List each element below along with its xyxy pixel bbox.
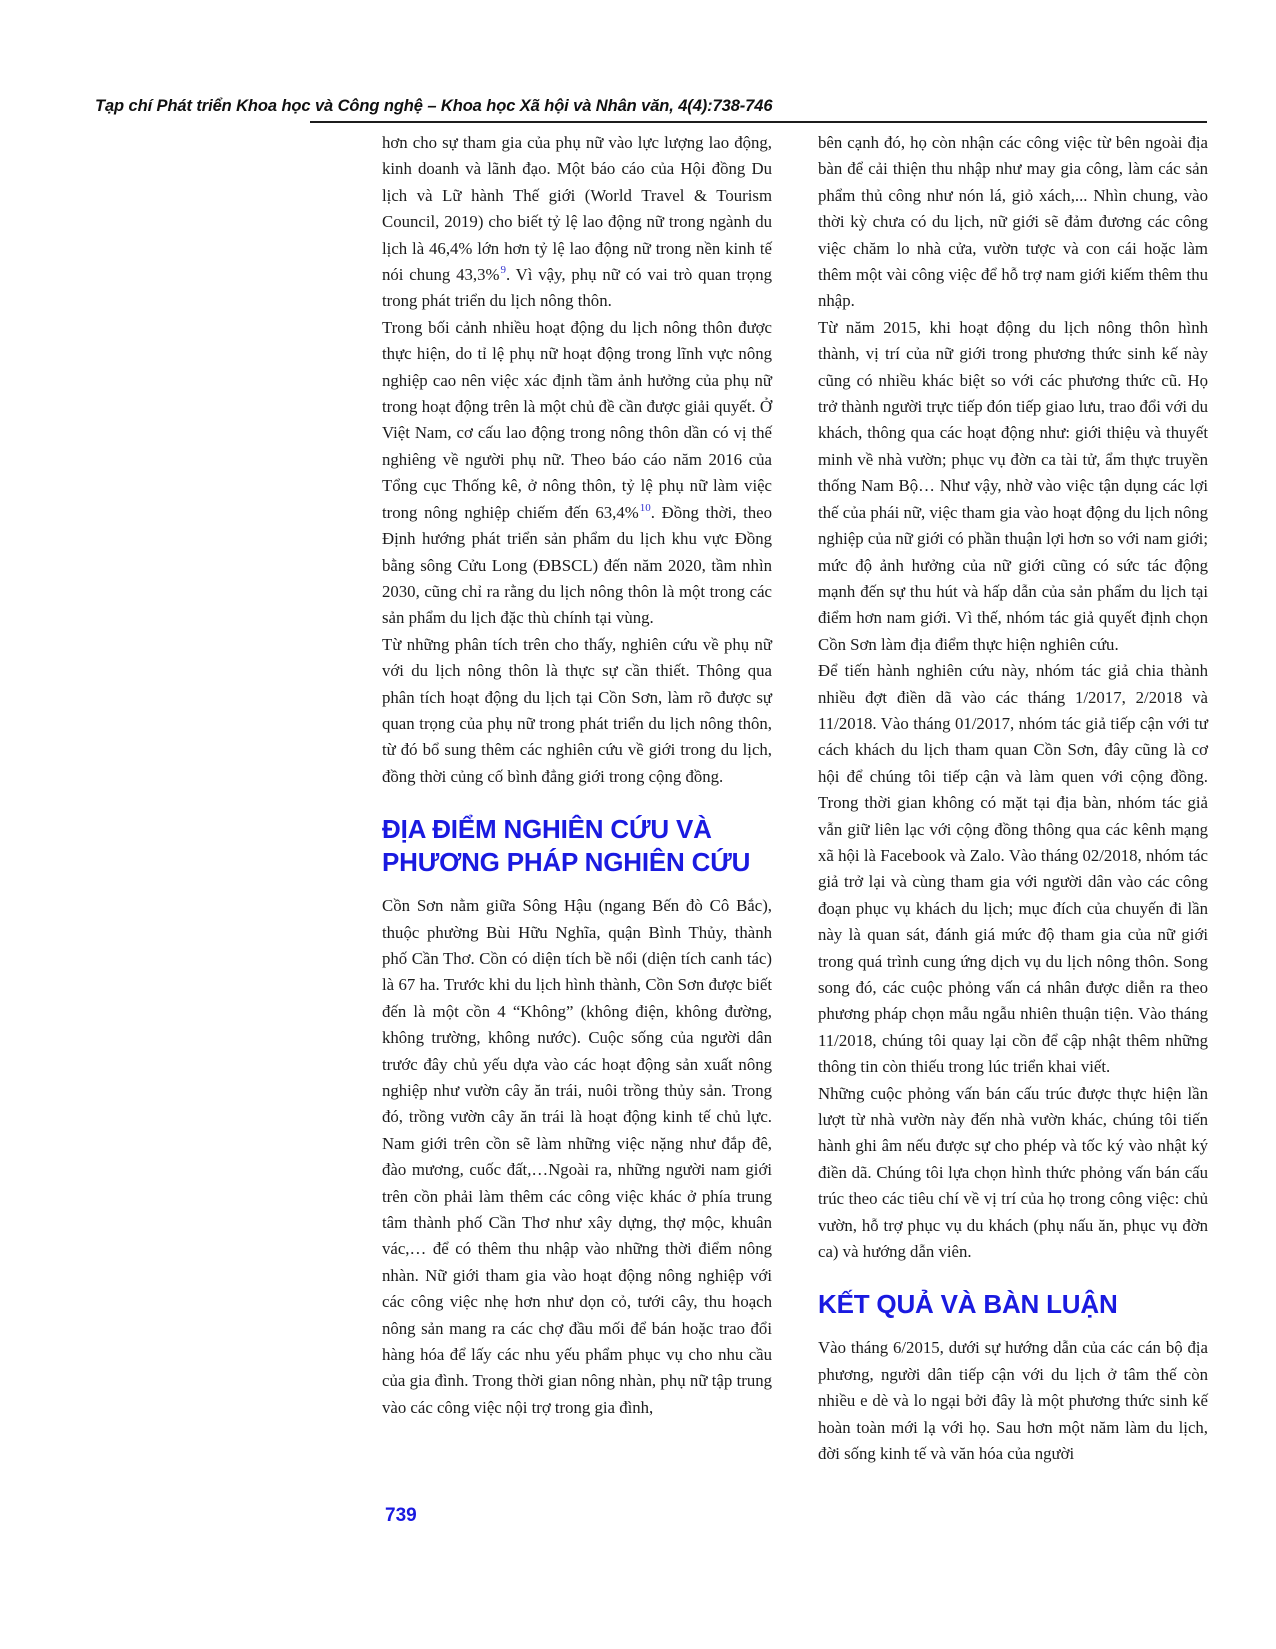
paragraph: Để tiến hành nghiên cứu này, nhóm tác gi…	[818, 658, 1208, 1081]
paragraph-text: Cồn Sơn nằm giữa Sông Hậu (ngang Bến đò …	[382, 896, 772, 1417]
column-right: bên cạnh đó, họ còn nhận các công việc t…	[818, 130, 1208, 1468]
paragraph: Trong bối cảnh nhiều hoạt động du lịch n…	[382, 315, 772, 632]
paragraph-text: Vào tháng 6/2015, dưới sự hướng dẫn của …	[818, 1338, 1208, 1463]
paragraph: hơn cho sự tham gia của phụ nữ vào lực l…	[382, 130, 772, 315]
paragraph-text: hơn cho sự tham gia của phụ nữ vào lực l…	[382, 133, 772, 284]
footnote-ref-10[interactable]: 10	[640, 502, 651, 514]
page-number: 739	[385, 1505, 417, 1527]
paragraph: bên cạnh đó, họ còn nhận các công việc t…	[818, 130, 1208, 315]
section-heading-results: KẾT QUẢ VÀ BÀN LUẬN	[818, 1288, 1208, 1321]
journal-header: Tạp chí Phát triển Khoa học và Công nghệ…	[95, 96, 1207, 123]
page: Tạp chí Phát triển Khoa học và Công nghệ…	[0, 0, 1276, 1649]
journal-header-title: Tạp chí Phát triển Khoa học và Công nghệ…	[95, 97, 772, 115]
paragraph-text: bên cạnh đó, họ còn nhận các công việc t…	[818, 133, 1208, 310]
section-heading-study-area: ĐỊA ĐIỂM NGHIÊN CỨU VÀ PHƯƠNG PHÁP NGHIÊ…	[382, 813, 772, 879]
column-left: hơn cho sự tham gia của phụ nữ vào lực l…	[382, 130, 772, 1468]
article-body: hơn cho sự tham gia của phụ nữ vào lực l…	[382, 130, 1208, 1468]
paragraph: Từ những phân tích trên cho thấy, nghiên…	[382, 632, 772, 790]
paragraph-text: Từ năm 2015, khi hoạt động du lịch nông …	[818, 318, 1208, 654]
paragraph: Những cuộc phỏng vấn bán cấu trúc được t…	[818, 1081, 1208, 1266]
paragraph-text: Từ những phân tích trên cho thấy, nghiên…	[382, 635, 772, 786]
header-rule	[310, 121, 1207, 123]
paragraph-text: Để tiến hành nghiên cứu này, nhóm tác gi…	[818, 661, 1208, 1076]
paragraph: Vào tháng 6/2015, dưới sự hướng dẫn của …	[818, 1335, 1208, 1467]
paragraph-text: Những cuộc phỏng vấn bán cấu trúc được t…	[818, 1084, 1208, 1261]
paragraph-text: Trong bối cảnh nhiều hoạt động du lịch n…	[382, 318, 772, 522]
paragraph: Từ năm 2015, khi hoạt động du lịch nông …	[818, 315, 1208, 658]
paragraph: Cồn Sơn nằm giữa Sông Hậu (ngang Bến đò …	[382, 893, 772, 1421]
